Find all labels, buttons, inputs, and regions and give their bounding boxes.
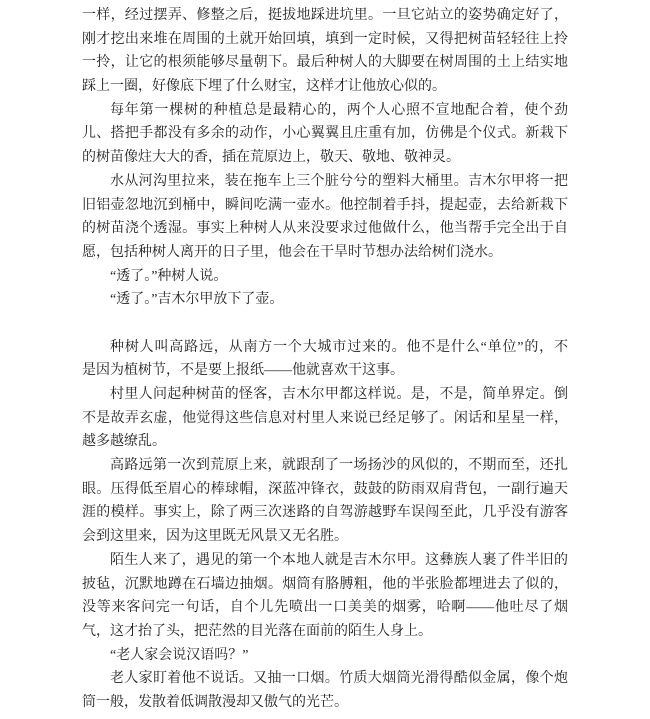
paragraph: 一样，经过摆弄、修整之后，挺拔地踩进坑里。一旦它站立的姿势确定好了，刚才挖出来堆… xyxy=(82,4,568,99)
text-line: 刚才挖出来堆在周围的土就开始回填，填到一定时候，又得把树苗轻轻往上拎 xyxy=(82,28,568,52)
paragraph: “透了。”吉木尔甲放下了壶。 xyxy=(82,288,568,312)
text-line: 一拎，让它的根须能够尽量朝下。最后种树人的大脚要在树周围的土上结实地 xyxy=(82,51,568,75)
text-line: 是因为植树节，不是要上报纸——他就喜欢干这事。 xyxy=(82,359,568,383)
text-line: 陌生人来了，遇见的第一个本地人就是吉木尔甲。这彝族人裹了件半旧的 xyxy=(82,549,568,573)
text-line: 气，这才抬了头，把茫然的目光落在面前的陌生人身上。 xyxy=(82,620,568,644)
text-line: “老人家会说汉语吗？” xyxy=(82,644,568,668)
section-break xyxy=(82,312,568,336)
text-line: 儿、搭把手都没有多余的动作，小心翼翼且庄重有加，仿佛是个仪式。新栽下 xyxy=(82,122,568,146)
paragraph: 高路远第一次到荒原上来，就跟刮了一场扬沙的风似的，不期而至，还扎眼。压得低至眉心… xyxy=(82,454,568,549)
text-line: 每年第一棵树的种植总是最精心的，两个人心照不宣地配合着，使个劲 xyxy=(82,99,568,123)
text-line: 一样，经过摆弄、修整之后，挺拔地踩进坑里。一旦它站立的姿势确定好了， xyxy=(82,4,568,28)
text-line: 踩上一圈，好像底下埋了什么财宝，这样才让他放心似的。 xyxy=(82,75,568,99)
paragraph: 老人家盯着他不说话。又抽一口烟。竹质大烟筒光滑得酷似金属，像个炮筒一般，发散着低… xyxy=(82,667,568,714)
text-line: 愿，包括种树人离开的日子里，他会在干旱时节想办法给树们浇水。 xyxy=(82,241,568,265)
text-line: 会到这里来，因为这里既无风景又无名胜。 xyxy=(82,525,568,549)
text-line: 不是故弄玄虚，他觉得这些信息对村里人来说已经足够了。闲话和星星一样， xyxy=(82,407,568,431)
paragraph: “老人家会说汉语吗？” xyxy=(82,644,568,668)
book-page: 一样，经过摆弄、修整之后，挺拔地踩进坑里。一旦它站立的姿势确定好了，刚才挖出来堆… xyxy=(82,4,568,715)
text-line: “透了。”吉木尔甲放下了壶。 xyxy=(82,288,568,312)
paragraph: 每年第一棵树的种植总是最精心的，两个人心照不宣地配合着，使个劲儿、搭把手都没有多… xyxy=(82,99,568,170)
text-line: 老人家盯着他不说话。又抽一口烟。竹质大烟筒光滑得酷似金属，像个炮 xyxy=(82,667,568,691)
text-line: 的树苗浇个透湿。事实上种树人从来没要求过他做什么，他当帮手完全出于自 xyxy=(82,217,568,241)
paragraph: 水从河沟里拉来，装在拖车上三个脏兮兮的塑料大桶里。吉木尔甲将一把旧铝壶忽地沉到桶… xyxy=(82,170,568,265)
text-line: “透了。”种树人说。 xyxy=(82,265,568,289)
text-line: 村里人问起种树苗的怪客，吉木尔甲都这样说。是，不是，简单界定。倒 xyxy=(82,383,568,407)
text-line: 涯的模样。事实上，除了两三次迷路的自驾游越野车误闯至此，几乎没有游客 xyxy=(82,501,568,525)
text-line: 眼。压得低至眉心的棒球帽，深蓝冲锋衣，鼓鼓的防雨双肩背包，一副行遍天 xyxy=(82,478,568,502)
text-line: 的树苗像炷大大的香，插在荒原边上，敬天、敬地、敬神灵。 xyxy=(82,146,568,170)
text-line: 旧铝壶忽地沉到桶中，瞬间吃满一壶水。他控制着手抖，提起壶，去给新栽下 xyxy=(82,194,568,218)
text-line: 种树人叫高路远，从南方一个大城市过来的。他不是什么“单位”的，不 xyxy=(82,336,568,360)
text-line: 披毡，沉默地蹲在石墙边抽烟。烟筒有胳膊粗，他的半张脸都埋进去了似的， xyxy=(82,573,568,597)
text-line: 高路远第一次到荒原上来，就跟刮了一场扬沙的风似的，不期而至，还扎 xyxy=(82,454,568,478)
paragraph: 陌生人来了，遇见的第一个本地人就是吉木尔甲。这彝族人裹了件半旧的披毡，沉默地蹲在… xyxy=(82,549,568,644)
text-line: 越多越缭乱。 xyxy=(82,430,568,454)
paragraph: “透了。”种树人说。 xyxy=(82,265,568,289)
text-line: 水从河沟里拉来，装在拖车上三个脏兮兮的塑料大桶里。吉木尔甲将一把 xyxy=(82,170,568,194)
paragraph: 种树人叫高路远，从南方一个大城市过来的。他不是什么“单位”的，不是因为植树节，不… xyxy=(82,336,568,383)
text-section: 一样，经过摆弄、修整之后，挺拔地踩进坑里。一旦它站立的姿势确定好了，刚才挖出来堆… xyxy=(82,4,568,312)
text-section: 种树人叫高路远，从南方一个大城市过来的。他不是什么“单位”的，不是因为植树节，不… xyxy=(82,336,568,715)
text-line: 没等来客问完一句话，自个儿先喷出一口美美的烟雾，哈啊——他吐尽了烟 xyxy=(82,596,568,620)
text-line: 筒一般，发散着低调散漫却又傲气的光芒。 xyxy=(82,691,568,715)
paragraph: 村里人问起种树苗的怪客，吉木尔甲都这样说。是，不是，简单界定。倒不是故弄玄虚，他… xyxy=(82,383,568,454)
